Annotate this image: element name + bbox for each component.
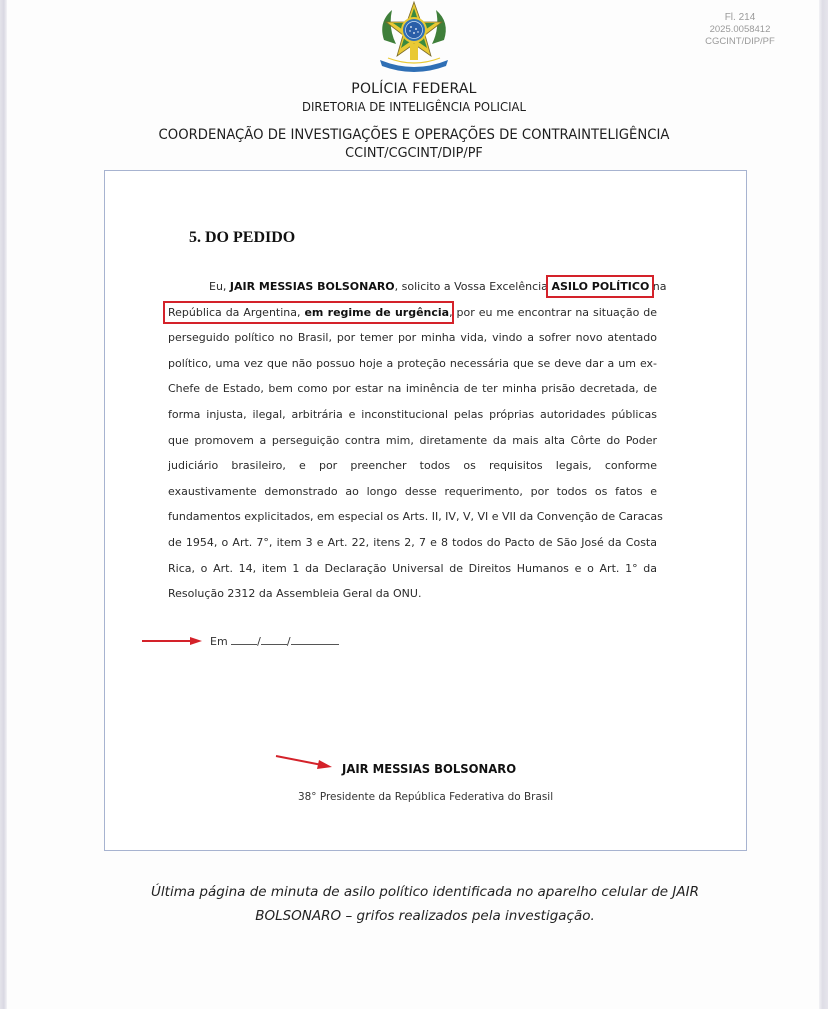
header-agency: POLÍCIA FEDERAL (0, 81, 828, 97)
month-blank (261, 634, 287, 645)
paragraph-line: de 1954, o Art. 7°, item 3 e Art. 22, it… (168, 530, 657, 556)
header-directorate: DIRETORIA DE INTELIGÊNCIA POLICIAL (29, 99, 799, 114)
page-edge-left (0, 0, 7, 1009)
figure-caption: Última página de minuta de asilo polític… (100, 880, 750, 928)
paragraph-line: Resolução 2312 da Assembleia Geral da ON… (168, 581, 657, 607)
folio-process-number: 2025.0058412 (690, 24, 790, 36)
brazil-coat-of-arms-icon (374, 0, 454, 76)
year-blank (291, 634, 339, 645)
red-arrow-icon (274, 752, 334, 772)
paragraph-line: político, uma vez que não possuo hoje a … (168, 351, 657, 377)
paragraph-line: Chefe de Estado, bem como por estar na i… (168, 376, 657, 402)
caption-line: Última página de minuta de asilo polític… (100, 880, 750, 904)
folio-unit: CGCINT/DIP/PF (690, 36, 790, 48)
signature-role: 38° Presidente da República Federativa d… (298, 790, 553, 803)
paragraph-line: perseguido político no Brasil, por temer… (168, 325, 657, 351)
caption-line: BOLSONARO – grifos realizados pela inves… (100, 904, 750, 928)
paragraph-line: judiciário brasileiro, e por preencher t… (168, 453, 657, 479)
header-unit-code: CCINT/CGCINT/DIP/PF (21, 145, 808, 161)
paragraph-line: exaustivamente demonstrado ao longo dess… (168, 479, 657, 505)
paragraph-line: forma injusta, ilegal, arbitrária e inco… (168, 402, 657, 428)
paragraph-line: República da Argentina, em regime de urg… (168, 300, 657, 326)
page-edge-right (819, 0, 828, 1009)
day-blank (231, 634, 257, 645)
folio-stamp: Fl. 214 2025.0058412 CGCINT/DIP/PF (690, 12, 790, 48)
paragraph-line: Eu, JAIR MESSIAS BOLSONARO, solicito a V… (168, 274, 657, 300)
paragraph-line: que promovem a perseguição contra mim, d… (168, 428, 657, 454)
requester-name: JAIR MESSIAS BOLSONARO (230, 280, 395, 293)
paragraph-line: fundamentos explicitados, em especial os… (168, 504, 657, 530)
header-coordination: COORDENAÇÃO DE INVESTIGAÇÕES E OPERAÇÕES… (23, 127, 805, 143)
date-field: Em // (210, 634, 339, 648)
folio-sheet-number: Fl. 214 (690, 12, 790, 24)
highlight-urgency: República da Argentina, em regime de urg… (168, 306, 449, 319)
highlight-asilo-politico: ASILO POLÍTICO (551, 280, 649, 293)
date-label: Em (210, 635, 228, 648)
paragraph-line: Rica, o Art. 14, item 1 da Declaração Un… (168, 556, 657, 582)
section-title: 5. DO PEDIDO (189, 229, 295, 247)
request-paragraph: Eu, JAIR MESSIAS BOLSONARO, solicito a V… (168, 274, 657, 607)
red-arrow-icon (140, 634, 204, 648)
signature-name: JAIR MESSIAS BOLSONARO (342, 761, 516, 776)
